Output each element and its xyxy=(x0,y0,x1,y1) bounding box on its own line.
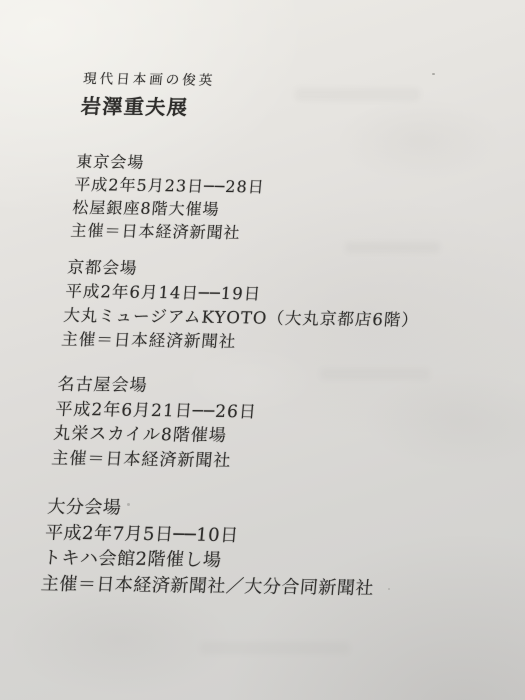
venue-organizer: 主催＝日本経済新聞社／大分合同新聞社 xyxy=(40,571,472,602)
venue-organizer: 主催＝日本経済新聞社 xyxy=(70,219,502,248)
exhibition-subtitle: 現代日本画の俊英 xyxy=(82,70,513,94)
showthrough-mark xyxy=(200,642,350,654)
exhibition-info-block: 現代日本画の俊英 岩澤重夫展 東京会場 平成2年5月23日──28日 松屋銀座8… xyxy=(40,70,514,602)
venue-organizer: 主催＝日本経済新聞社 xyxy=(60,328,492,358)
venue-section-kyoto: 京都会場 平成2年6月14日──19日 大丸ミュージアムKYOTO（大丸京都店6… xyxy=(60,256,498,358)
venue-section-tokyo: 東京会場 平成2年5月23日──28日 松屋銀座8階大催場 主催＝日本経済新聞社 xyxy=(70,150,508,248)
venue-section-oita: 大分会場 平成2年7月5日──10日 トキハ会館2階催し場 主催＝日本経済新聞社… xyxy=(40,495,479,603)
venue-section-nagoya: 名古屋会場 平成2年6月21日──26日 丸栄スカイル8階催場 主催＝日本経済新… xyxy=(50,373,488,477)
venue-organizer: 主催＝日本経済新聞社 xyxy=(50,446,482,476)
exhibition-title: 岩澤重夫展 xyxy=(80,93,512,126)
photographed-catalog-page: 現代日本画の俊英 岩澤重夫展 東京会場 平成2年5月23日──28日 松屋銀座8… xyxy=(0,0,525,700)
